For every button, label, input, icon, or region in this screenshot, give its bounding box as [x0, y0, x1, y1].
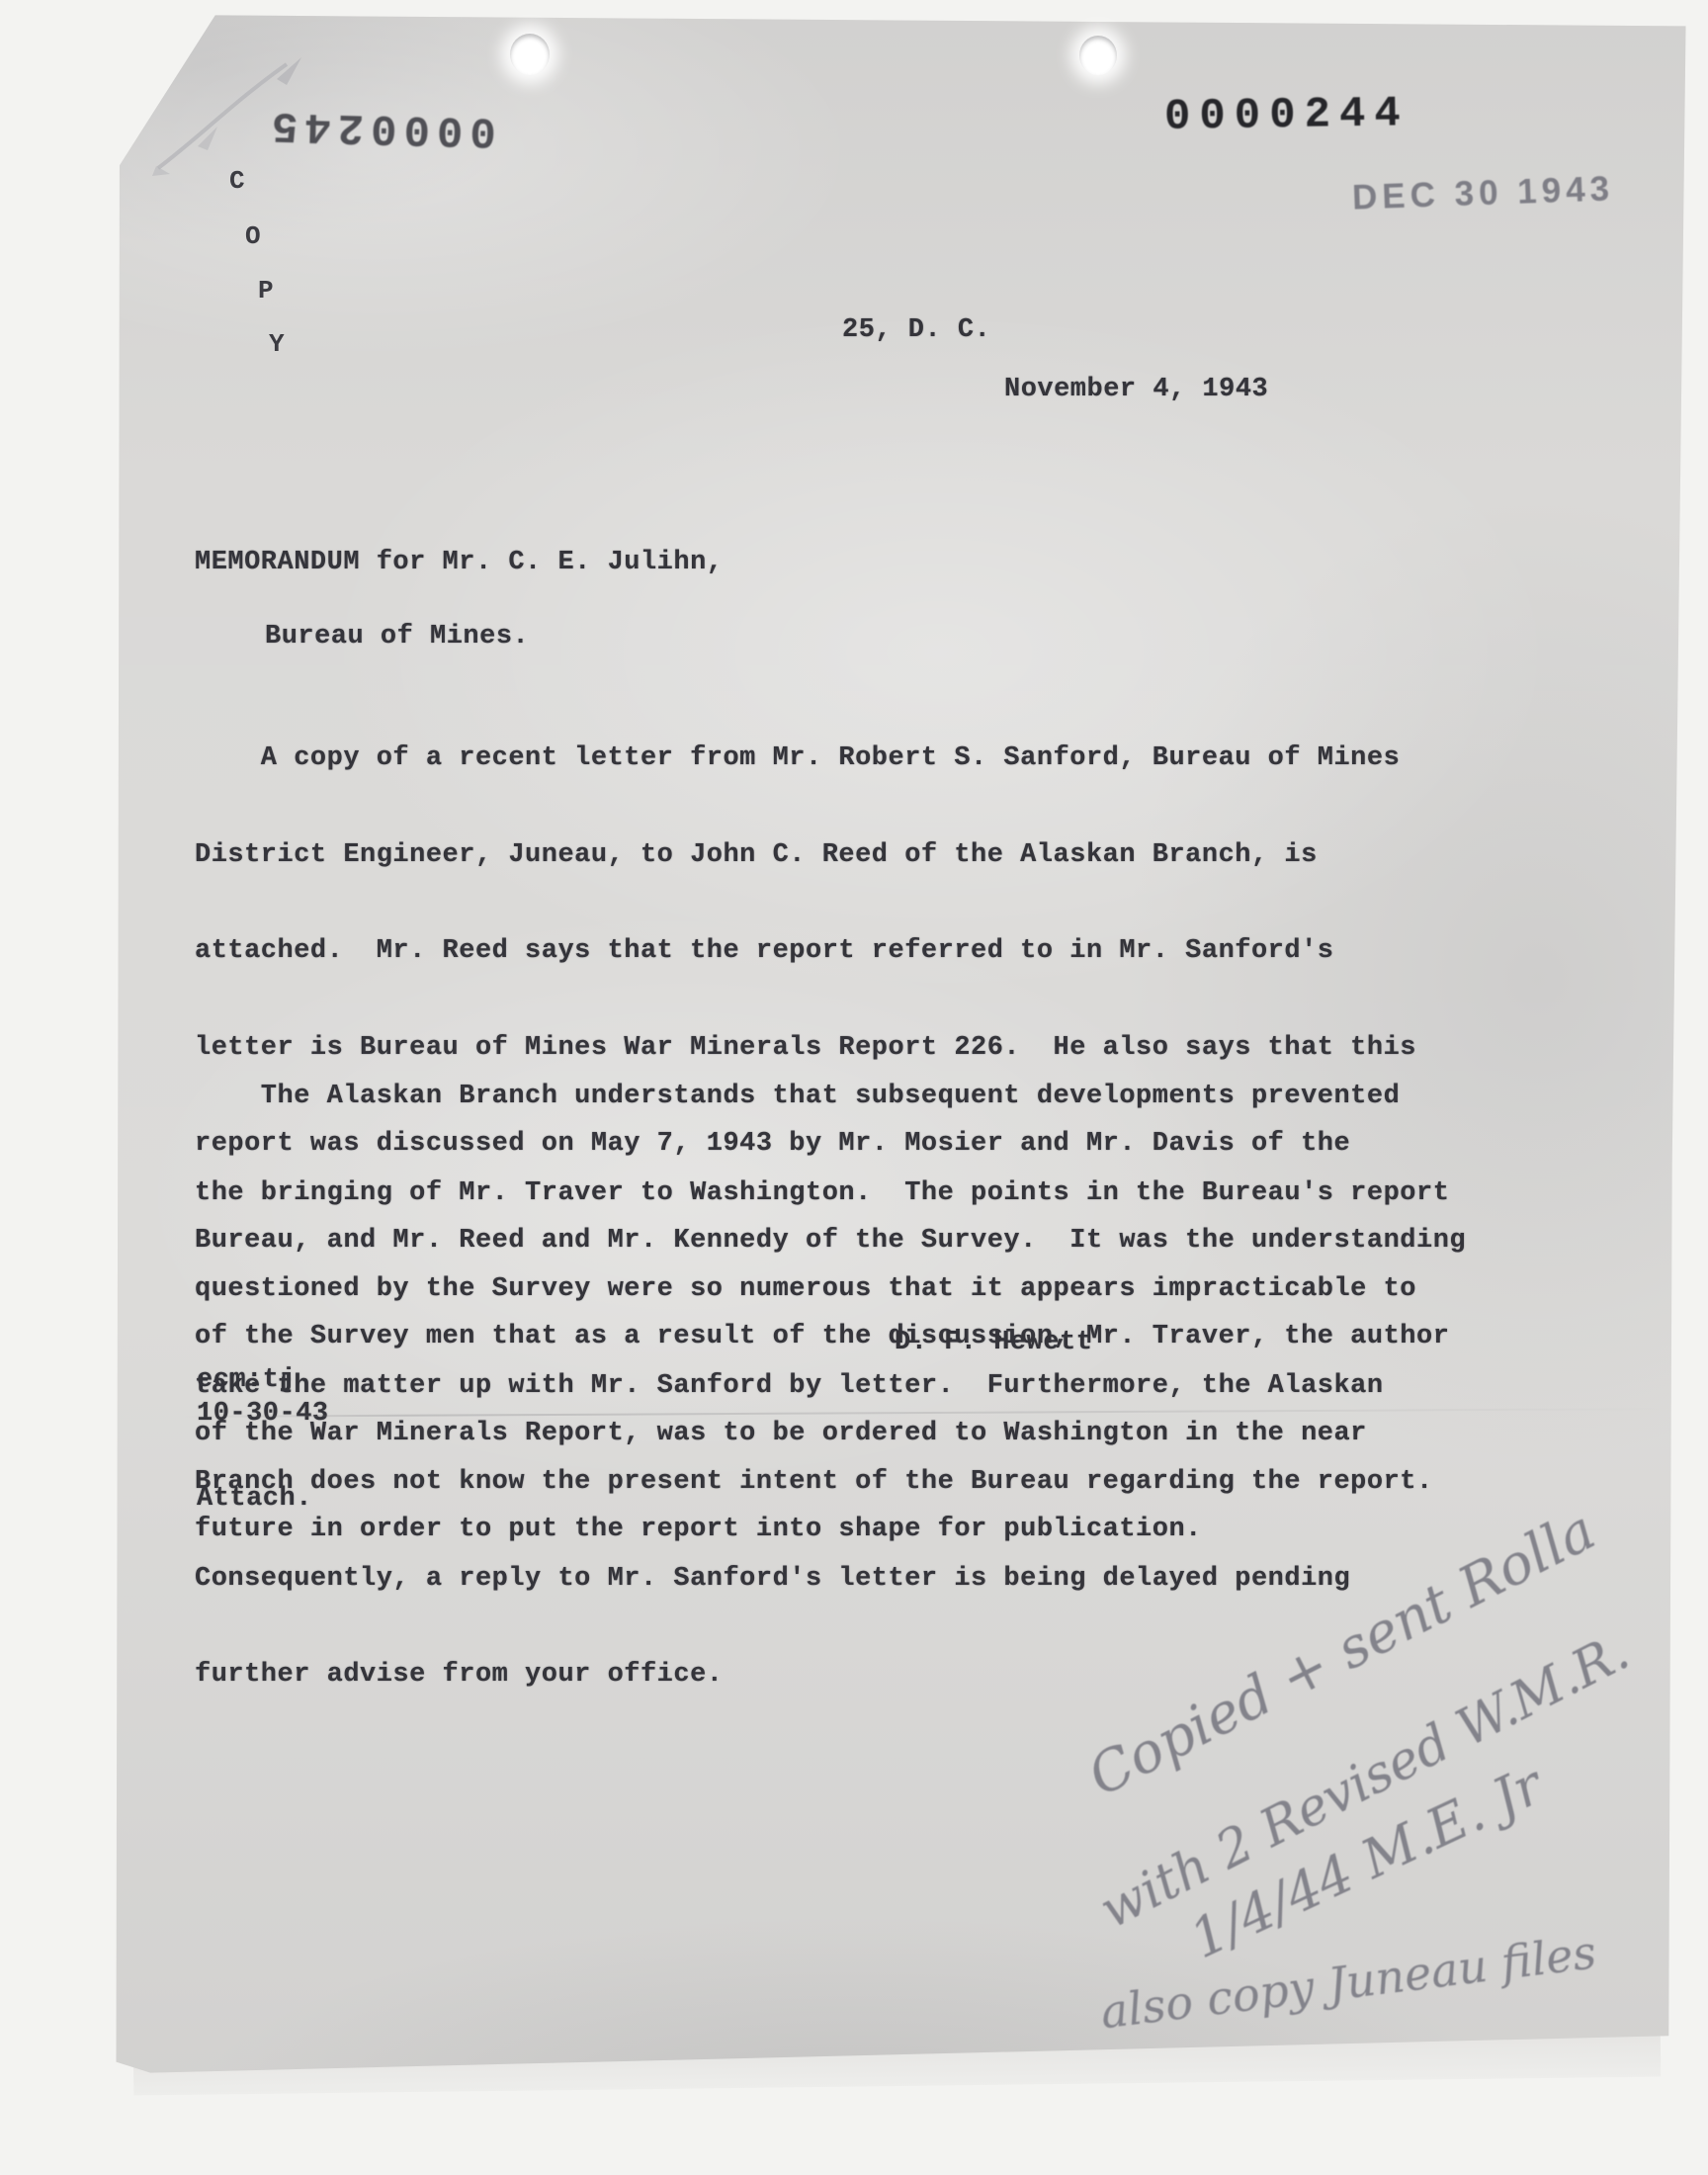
memo-paragraph-2: The Alaskan Branch understands that subs…: [195, 1016, 1449, 1756]
paragraph-line: the bringing of Mr. Traver to Washington…: [195, 1177, 1449, 1210]
copy-letter-y: Y: [269, 329, 285, 359]
paragraph-line: attached. Mr. Reed says that the report …: [195, 935, 1466, 968]
memo-to-line: MEMORANDUM for Mr. C. E. Julihn,: [195, 547, 723, 579]
paragraph-line: Consequently, a reply to Mr. Sanford's l…: [195, 1563, 1449, 1596]
typed-date: 10-30-43: [197, 1398, 329, 1431]
copy-letter-p: P: [258, 276, 274, 305]
copy-letter-o: O: [245, 221, 261, 251]
paragraph-line: District Engineer, Juneau, to John C. Re…: [195, 839, 1466, 872]
typist-initials: ecm:tj: [197, 1364, 296, 1397]
scanned-memo-page: 0000245 0000244 DEC 30 1943 C O P Y 25, …: [0, 0, 1708, 2175]
paragraph-line: The Alaskan Branch understands that subs…: [195, 1081, 1449, 1113]
copy-letter-c: C: [229, 166, 245, 196]
paragraph-line: questioned by the Survey were so numerou…: [195, 1273, 1449, 1306]
city-line: 25, D. C.: [842, 314, 990, 347]
paragraph-line: take the matter up with Mr. Sanford by l…: [195, 1370, 1449, 1403]
paragraph-line: Branch does not know the present intent …: [195, 1466, 1449, 1499]
date-line: November 4, 1943: [1004, 374, 1268, 406]
signature-name: D. F. Hewett: [895, 1327, 1092, 1359]
paragraph-line: A copy of a recent letter from Mr. Rober…: [195, 742, 1466, 775]
punch-hole-left: [510, 34, 550, 75]
serial-stamp-mirrored: 0000245: [264, 100, 496, 155]
serial-stamp: 0000244: [1164, 89, 1410, 141]
punch-hole-right: [1079, 36, 1117, 75]
memo-to-org: Bureau of Mines.: [265, 621, 529, 653]
attachment-note: Attach.: [197, 1483, 312, 1516]
